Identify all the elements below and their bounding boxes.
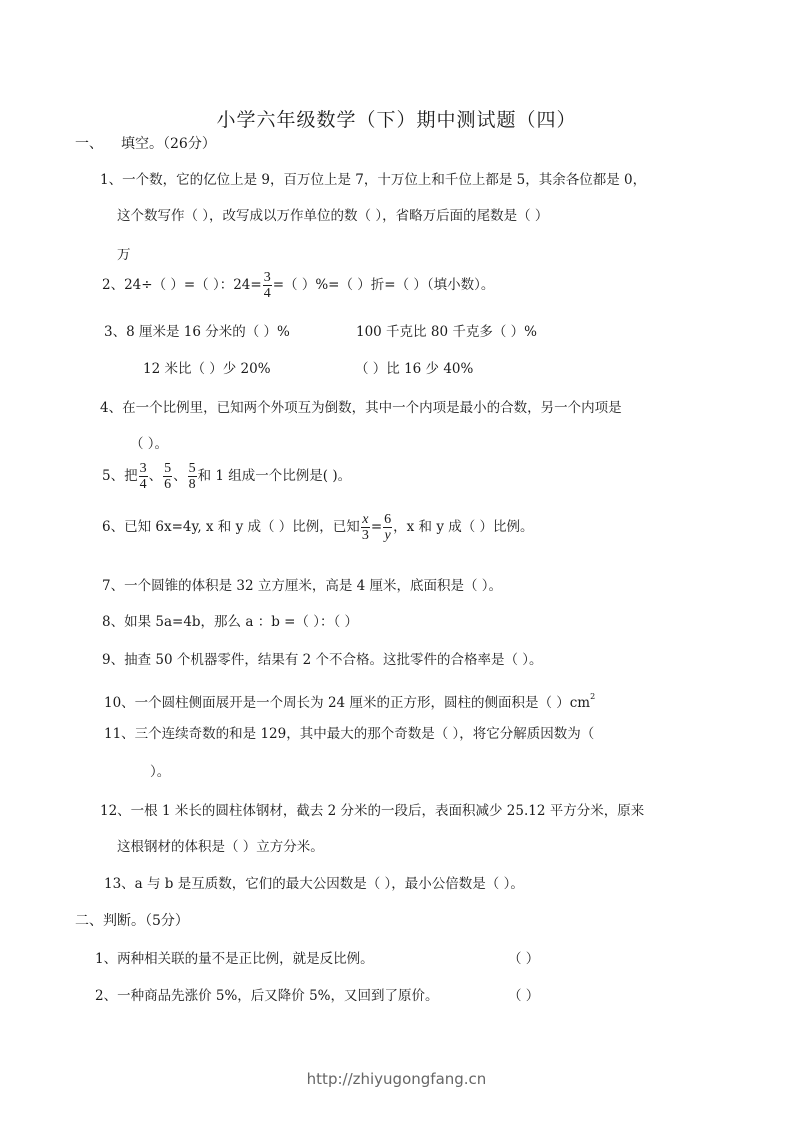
fraction-5-6: 56 [163,461,172,492]
question-12-line2: 这根钢材的体积是（ ）立方分米。 [117,837,324,857]
judge-item-1-text: 1、两种相关联的量不是正比例，就是反比例。 [95,949,374,969]
fraction-3-4: 34 [263,270,272,301]
judge-item-2-text: 2、一种商品先涨价 5%，后又降价 5%，又回到了原价。 [95,986,439,1006]
question-3-line1a: 3、8 厘米是 16 分米的（ ）% [104,322,290,342]
question-2-post: =（ ）%=（ ）折=（ ）（填小数）。 [273,277,495,293]
question-6-post: ，x 和 y 成（ ）比例。 [393,519,533,535]
question-5: 5、把34、56、58和 1 组成一个比例是( )。 [102,457,351,495]
section1-heading: 填空。（26分） [121,134,216,154]
exam-page: 小学六年级数学（下）期中测试题（四） 一、 填空。（26分） 1、一个数，它的亿… [0,0,793,1122]
fraction-5-8: 58 [188,461,197,492]
question-2-pre: 2、24÷（ ）=（ ）：24= [102,277,262,293]
question-11-line1: 11、三个连续奇数的和是 129，其中最大的那个奇数是（ ），将它分解质因数为（ [104,724,594,744]
question-5-pre: 5、把 [102,468,138,484]
fraction-6-y: 6y [383,512,392,543]
question-4-line1: 4、在一个比例里，已知两个外项互为倒数，其中一个内项是最小的合数，另一个内项是 [100,398,622,418]
question-1-line2: 这个数写作（ ），改写成以万作单位的数（ ），省略万后面的尾数是（ ） [117,206,548,226]
judge-item-2-blank: （ ） [508,986,539,1006]
footer-url[interactable]: http://zhiyugongfang.cn [0,1070,793,1088]
question-1-line3: 万 [117,245,131,265]
judge-item-1-blank: （ ） [508,949,539,969]
page-title: 小学六年级数学（下）期中测试题（四） [0,105,793,132]
question-7: 7、一个圆锥的体积是 32 立方厘米，高是 4 厘米，底面积是（ ）。 [102,576,502,596]
section2-heading: 二、判断。（5分） [75,911,189,931]
fraction-x-3: x3 [361,512,370,543]
fraction-3-4: 34 [139,461,148,492]
question-12-line1: 12、一根 1 米长的圆柱体钢材，截去 2 分米的一段后，表面积减少 25.12… [100,801,644,821]
question-11-line2: ）。 [150,762,170,782]
section1-number: 一、 [75,134,103,154]
superscript-2: 2 [590,692,595,701]
question-6: 6、已知 6x=4y, x 和 y 成（ ）比例，已知x3=6y，x 和 y 成… [102,508,534,546]
question-1-line1: 1、一个数，它的亿位上是 9，百万位上是 7，十万位上和千位上都是 5，其余各位… [100,170,646,190]
question-3-line1b: 100 千克比 80 千克多（ ）% [356,322,537,342]
question-5-post: 和 1 组成一个比例是( )。 [198,468,352,484]
question-3-line2a: 12 米比（ ）少 20% [143,359,271,379]
question-8: 8、如果 5a=4b，那么 a ：b =（ ）：（ ） [102,612,358,632]
question-10: 10、一个圆柱侧面展开是一个周长为 24 厘米的正方形，圆柱的侧面积是（ ）cm… [104,687,595,713]
question-3-line2b: （ ）比 16 少 40% [355,359,473,379]
question-9: 9、抽查 50 个机器零件，结果有 2 个不合格。这批零件的合格率是（ ）。 [102,650,543,670]
question-6-pre: 6、已知 6x=4y, x 和 y 成（ ）比例，已知 [102,519,360,535]
question-2: 2、24÷（ ）=（ ）：24=34=（ ）%=（ ）折=（ ）（填小数）。 [102,266,494,304]
question-13: 13、a 与 b 是互质数，它们的最大公因数是（ ），最小公倍数是（ ）。 [104,874,524,894]
question-4-line2: （ ）。 [130,434,168,454]
